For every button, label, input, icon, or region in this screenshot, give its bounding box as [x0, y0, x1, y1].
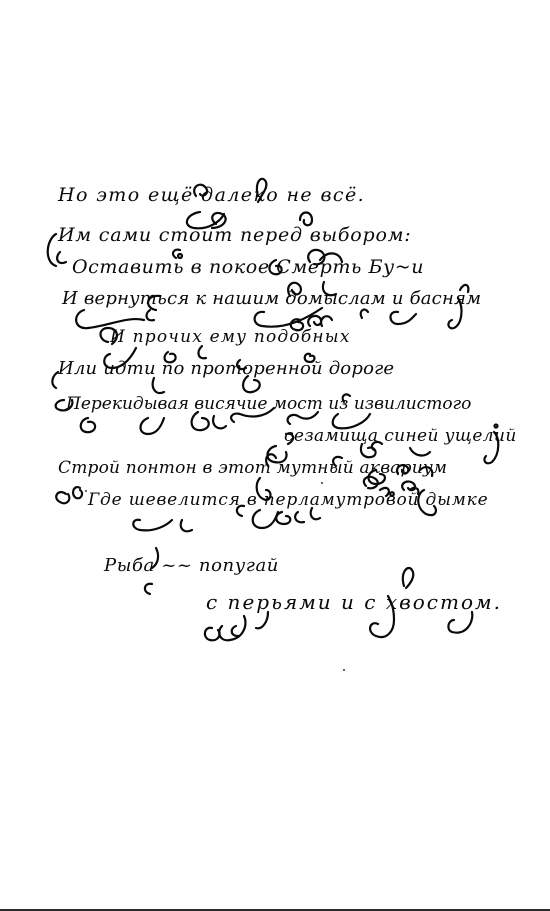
poem-line-1: Но это ещё далеко не всё.	[58, 186, 365, 205]
poem-line-5: И прочих ему подобных	[110, 329, 351, 346]
poem-line-10: Где шевелится в перламутровой дымке	[88, 492, 488, 509]
handwritten-page: Но это ещё далеко не всё. Им сами стоит …	[0, 0, 550, 911]
poem-line-9: Строй понтон в этот мутный аквариум	[58, 460, 447, 477]
poem-line-12: с перьями и с хвостом.	[206, 592, 502, 612]
poem-line-8: сезамища синей ущелий	[284, 428, 517, 445]
ink-speck	[321, 482, 323, 484]
poem-line-11: Рыба ~~ попугай	[104, 557, 279, 575]
poem-line-6: Или идти по проторенной дороге	[58, 360, 394, 378]
poem-line-2: Им сами стоит перед выбором:	[58, 226, 411, 245]
poem-line-3: Оставить в покое Смерть Бу~и	[72, 258, 424, 277]
ink-speck	[85, 490, 87, 492]
poem-line-7: Перекидывая висячие мост из извилистого	[66, 396, 471, 413]
ink-speck	[343, 669, 345, 671]
poem-line-4: И вернуться к нашим домыслам и басням	[62, 290, 481, 308]
decorative-flourishes	[0, 0, 550, 911]
